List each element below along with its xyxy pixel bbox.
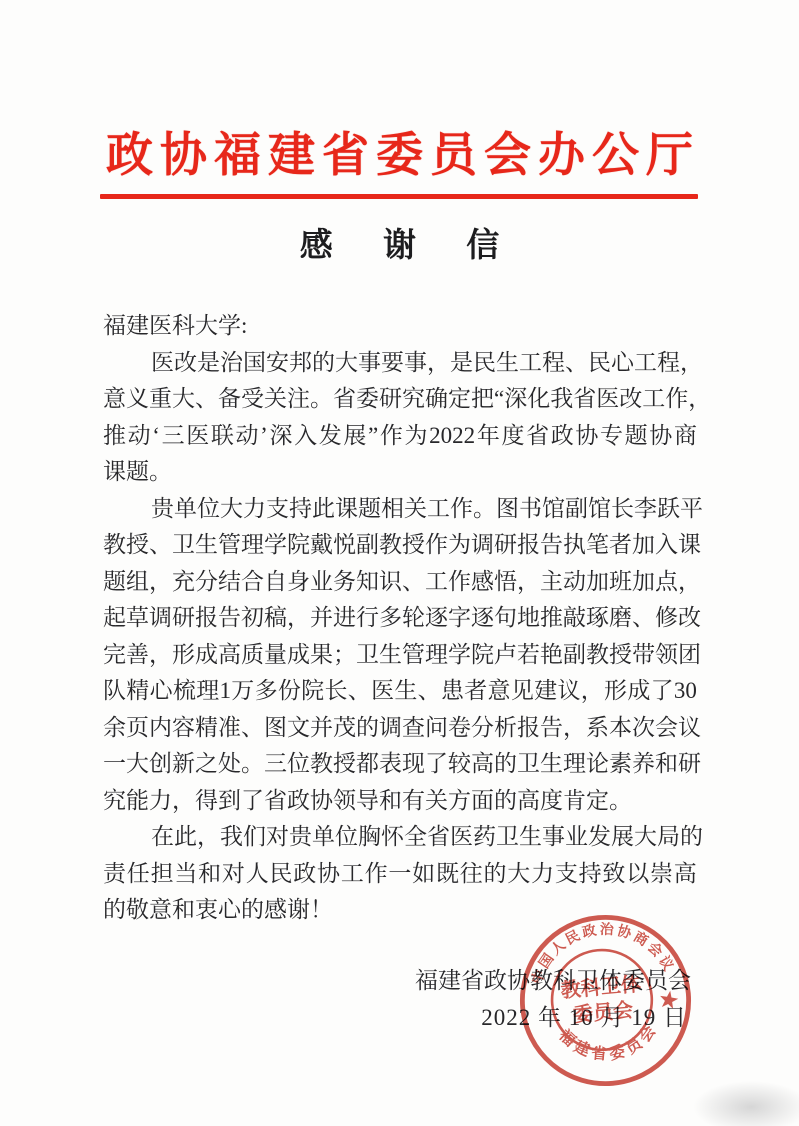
body-line: 队精心梳理1万多份院长、医生、患者意见建议，形成了30 bbox=[103, 673, 697, 710]
scan-smudge bbox=[691, 1080, 799, 1126]
letter-body: 福建医科大学: 医改是治国安邦的大事要事，是民生工程、民心工程， 意义重大、备受… bbox=[103, 308, 697, 929]
letterhead-divider bbox=[100, 194, 698, 199]
official-seal: 中国人民政治协商会议 福建省委员会 教科卫体 委员会 bbox=[518, 913, 693, 1088]
body-line: 余页内容精准、图文并茂的调查问卷分析报告，系本次会议 bbox=[103, 710, 697, 747]
salutation: 福建医科大学: bbox=[103, 308, 697, 345]
body-line: 起草调研报告初稿，并进行多轮逐字逐句地推敲琢磨、修改 bbox=[103, 600, 697, 637]
body-line: 责任担当和对人民政协工作一如既往的大力支持致以崇高 bbox=[103, 856, 697, 893]
body-line: 教授、卫生管理学院戴悦副教授作为调研报告执笔者加入课 bbox=[103, 527, 697, 564]
body-line: 一大创新之处。三位教授都表现了较高的卫生理论素养和研 bbox=[103, 746, 697, 783]
body-line: 题组，充分结合自身业务知识、工作感悟，主动加班加点， bbox=[103, 564, 697, 601]
seal-inner-text-line1: 教科卫体 bbox=[560, 971, 643, 1002]
body-line: 课题。 bbox=[103, 454, 697, 491]
body-line: 意义重大、备受关注。省委研究确定把“深化我省医改工作， bbox=[103, 381, 697, 418]
seal-star-icon bbox=[658, 989, 679, 1009]
body-line: 在此，我们对贵单位胸怀全省医药卫生事业发展大局的 bbox=[103, 819, 697, 856]
body-line: 推动‘三医联动’深入发展”作为2022年度省政协专题协商 bbox=[103, 418, 697, 455]
letterhead-org-name: 政协福建省委员会办公厅 bbox=[0, 124, 799, 186]
letter-page: 政协福建省委员会办公厅 感 谢 信 福建医科大学: 医改是治国安邦的大事要事，是… bbox=[0, 0, 799, 1126]
body-line: 贵单位大力支持此课题相关工作。图书馆副馆长李跃平 bbox=[103, 491, 697, 528]
svg-text:福建省委员会: 福建省委员会 bbox=[554, 1017, 664, 1068]
letter-title: 感 谢 信 bbox=[0, 225, 799, 267]
seal-bottom-text: 福建省委员会 bbox=[554, 1017, 664, 1068]
body-line: 究能力，得到了省政协领导和有关方面的高度肯定。 bbox=[103, 783, 697, 820]
body-line: 医改是治国安邦的大事要事，是民生工程、民心工程， bbox=[103, 345, 697, 382]
seal-inner-text-line2: 委员会 bbox=[572, 998, 634, 1027]
body-line: 完善，形成高质量成果；卫生管理学院卢若艳副教授带领团 bbox=[103, 637, 697, 674]
